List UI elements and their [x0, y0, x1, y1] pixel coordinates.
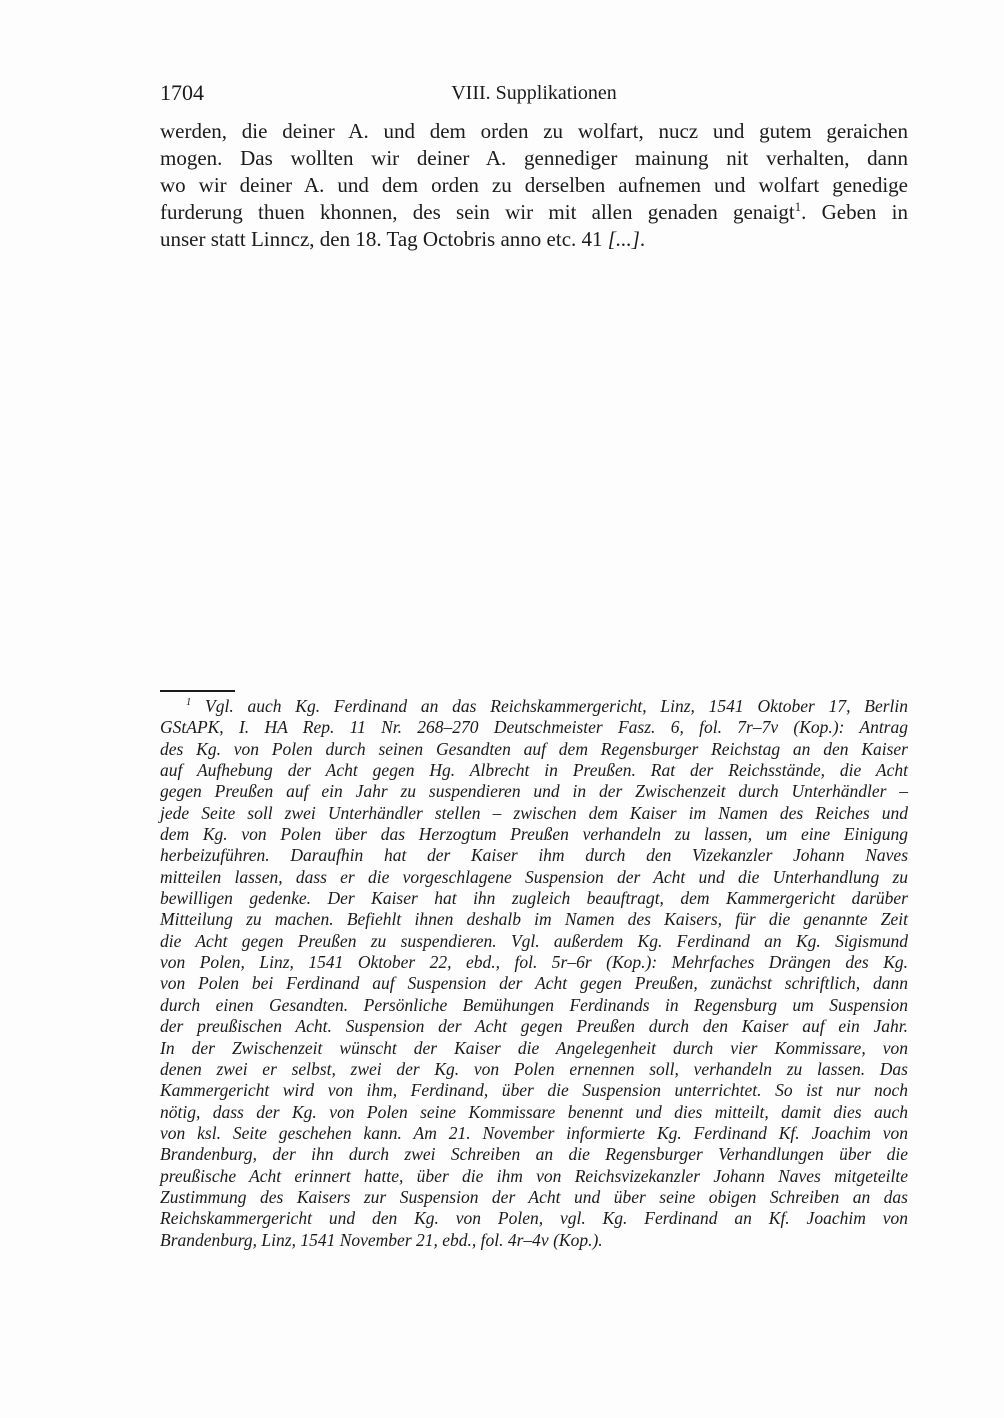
text-segment: gegen Preußen auf ein Jahr zu suspendier… [160, 781, 908, 801]
footnote-text-line: Brandenburg, der ihn durch zwei Schreibe… [160, 1144, 908, 1165]
footnote: 1 Vgl. auch Kg. Ferdinand an das Reichsk… [160, 696, 908, 1251]
footnote-text-line: der preußischen Acht. Suspension der Ach… [160, 1016, 908, 1037]
text-segment: durch einen Gesandten. Persönliche Bemüh… [160, 995, 908, 1015]
footnote-text-line: durch einen Gesandten. Persönliche Bemüh… [160, 995, 908, 1016]
text-segment: . Geben in [801, 200, 908, 224]
text-segment: Brandenburg, der ihn durch zwei Schreibe… [160, 1144, 908, 1164]
footnote-text-line: Brandenburg, Linz, 1541 November 21, ebd… [160, 1230, 908, 1251]
footnote-text-line: Zustimmung des Kaisers zur Suspension de… [160, 1187, 908, 1208]
text-segment: Vgl. auch Kg. Ferdinand an das Reichskam… [191, 696, 908, 716]
footnote-text-line: GStAPK, I. HA Rep. 11 Nr. 268–270 Deutsc… [160, 717, 908, 738]
text-segment: Zustimmung des Kaisers zur Suspension de… [160, 1187, 908, 1207]
text-segment: von ksl. Seite geschehen kann. Am 21. No… [160, 1123, 908, 1143]
text-segment: In der Zwischenzeit wünscht der Kaiser d… [160, 1038, 908, 1058]
text-segment: bewilligen gedenke. Der Kaiser hat ihn z… [160, 888, 908, 908]
footnote-text-line: mitteilen lassen, dass er die vorgeschla… [160, 867, 908, 888]
text-segment: mitteilen lassen, dass er die vorgeschla… [160, 867, 908, 887]
text-segment: [...] [608, 227, 640, 251]
text-segment: die Acht gegen Preußen zu suspendieren. … [160, 931, 908, 951]
footnote-text-line: bewilligen gedenke. Der Kaiser hat ihn z… [160, 888, 908, 909]
text-segment: auf Aufhebung der Acht gegen Hg. Albrech… [160, 760, 908, 780]
running-head: VIII. Supplikationen [160, 80, 908, 106]
text-segment: werden, die deiner A. und dem orden zu w… [160, 119, 908, 143]
footnote-separator-rule [160, 690, 235, 692]
text-segment: jede Seite soll zwei Unterhändler stelle… [160, 803, 908, 823]
footnote-text-line: Reichskammergericht und den Kg. von Pole… [160, 1208, 908, 1229]
text-segment: unser statt Linncz, den 18. Tag Octobris… [160, 227, 608, 251]
footnote-text-line: jede Seite soll zwei Unterhändler stelle… [160, 803, 908, 824]
footnote-text-line: Kammergericht wird von ihm, Ferdinand, ü… [160, 1080, 908, 1101]
body-text-line: unser statt Linncz, den 18. Tag Octobris… [160, 226, 908, 253]
text-segment: der preußischen Acht. Suspension der Ach… [160, 1016, 908, 1036]
footnote-text-line: die Acht gegen Preußen zu suspendieren. … [160, 931, 908, 952]
body-text-line: furderung thuen khonnen, des sein wir mi… [160, 199, 908, 226]
body-text-line: werden, die deiner A. und dem orden zu w… [160, 118, 908, 145]
body-paragraph: werden, die deiner A. und dem orden zu w… [160, 118, 908, 253]
footnote-text-line: denen zwei er selbst, zwei der Kg. von P… [160, 1059, 908, 1080]
page-header: 1704 VIII. Supplikationen [160, 80, 908, 108]
body-text-line: mogen. Das wollten wir deiner A. gennedi… [160, 145, 908, 172]
footnote-text-line: nötig, dass der Kg. von Polen seine Komm… [160, 1102, 908, 1123]
footnote-text-line: Mitteilung zu machen. Befiehlt ihnen des… [160, 909, 908, 930]
text-segment: wo wir deiner A. und dem orden zu dersel… [160, 173, 908, 197]
text-segment: Kammergericht wird von ihm, Ferdinand, ü… [160, 1080, 908, 1100]
footnote-text-line: von ksl. Seite geschehen kann. Am 21. No… [160, 1123, 908, 1144]
text-segment: nötig, dass der Kg. von Polen seine Komm… [160, 1102, 908, 1122]
book-page: 1704 VIII. Supplikationen werden, die de… [0, 0, 1004, 1418]
footnote-text-line: von Polen, Linz, 1541 Oktober 22, ebd., … [160, 952, 908, 973]
text-segment: GStAPK, I. HA Rep. 11 Nr. 268–270 Deutsc… [160, 717, 908, 737]
footnote-text-line: preußische Acht erinnert hatte, über die… [160, 1166, 908, 1187]
text-segment: Brandenburg, Linz, 1541 November 21, ebd… [160, 1230, 603, 1250]
text-segment: von Polen, Linz, 1541 Oktober 22, ebd., … [160, 952, 908, 972]
text-segment: dem Kg. von Polen über das Herzogtum Pre… [160, 824, 908, 844]
text-segment: . [640, 227, 645, 251]
footnote-text-line: 1 Vgl. auch Kg. Ferdinand an das Reichsk… [160, 696, 908, 717]
text-segment: preußische Acht erinnert hatte, über die… [160, 1166, 908, 1186]
text-segment: des Kg. von Polen durch seinen Gesandten… [160, 739, 908, 759]
text-segment: Reichskammergericht und den Kg. von Pole… [160, 1208, 908, 1228]
text-segment: Mitteilung zu machen. Befiehlt ihnen des… [160, 909, 908, 929]
text-segment: herbeizuführen. Daraufhin hat der Kaiser… [160, 845, 908, 865]
footnote-text-line: gegen Preußen auf ein Jahr zu suspendier… [160, 781, 908, 802]
text-segment: mogen. Das wollten wir deiner A. gennedi… [160, 146, 908, 170]
text-segment: furderung thuen khonnen, des sein wir mi… [160, 200, 795, 224]
footnote-text-line: dem Kg. von Polen über das Herzogtum Pre… [160, 824, 908, 845]
body-text-line: wo wir deiner A. und dem orden zu dersel… [160, 172, 908, 199]
footnote-text-line: von Polen bei Ferdinand auf Suspension d… [160, 973, 908, 994]
footnote-text-line: auf Aufhebung der Acht gegen Hg. Albrech… [160, 760, 908, 781]
text-segment: von Polen bei Ferdinand auf Suspension d… [160, 973, 908, 993]
footnote-text-line: In der Zwischenzeit wünscht der Kaiser d… [160, 1038, 908, 1059]
text-segment: denen zwei er selbst, zwei der Kg. von P… [160, 1059, 908, 1079]
footnote-text-line: des Kg. von Polen durch seinen Gesandten… [160, 739, 908, 760]
footnote-text-line: herbeizuführen. Daraufhin hat der Kaiser… [160, 845, 908, 866]
